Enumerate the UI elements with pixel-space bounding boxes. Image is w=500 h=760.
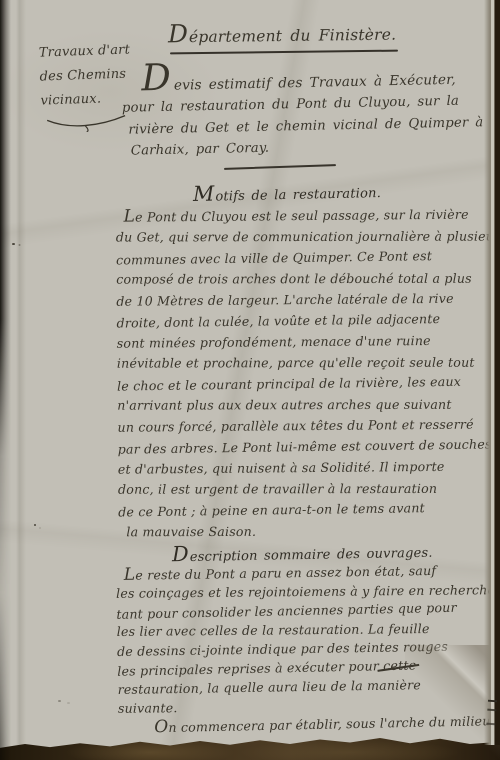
manuscript-photo: Travaux d'art des Chemins vicinaux. Dépa…	[0, 0, 500, 760]
paragraph-motifs: Le Pont du Cluyou est le seul passage, s…	[116, 203, 500, 542]
body-line: de ce Pont ; à peine en aura-t-on le tem…	[118, 497, 425, 522]
margin-note-line-3: vicinaux.	[40, 87, 102, 113]
margin-note-line-1: Travaux d'art	[38, 38, 130, 65]
underline-flourish	[45, 113, 130, 134]
body-line: Le Pont du Cluyou est le seul passage, s…	[124, 204, 469, 228]
title-line-4: Carhaix, par Coray.	[131, 138, 270, 162]
section-heading-motifs: Motifs de la restauration.	[193, 178, 381, 206]
page-edge-right	[484, 0, 500, 745]
ink-speck	[34, 524, 36, 526]
document-header: Département du Finistère.	[168, 17, 397, 49]
body-line: sont minées profondément, menace d'une r…	[117, 330, 431, 354]
margin-note-line-2: des Chemins	[39, 63, 126, 90]
ink-speck	[58, 700, 61, 702]
body-line: communes avec la ville de Quimper. Ce Po…	[116, 245, 432, 270]
body-line: composé de trois arches dont le débouché…	[116, 268, 472, 290]
body-line: donc, il est urgent de travailler à la r…	[118, 478, 437, 500]
body-line: n'arrivant plus aux deux autres arches q…	[117, 394, 451, 416]
body-line: du Get, qui serve de communication journ…	[116, 225, 500, 247]
body-line: la mauvaise Saison.	[126, 521, 256, 542]
body-line: restauration, la quelle aura lieu de la …	[117, 675, 421, 699]
body-line: et d'arbustes, qui nuisent à sa Solidité…	[118, 456, 445, 480]
body-line: suivante.	[118, 698, 178, 718]
title-block: Devis estimatif des Travaux à Exécuter, …	[119, 56, 484, 162]
body-line: le choc et le courant principal de la ri…	[117, 371, 461, 397]
page-edge-shadow-left	[0, 0, 11, 760]
body-line: inévitable et prochaine, parce qu'elle r…	[117, 352, 475, 374]
ink-speck	[12, 243, 15, 245]
